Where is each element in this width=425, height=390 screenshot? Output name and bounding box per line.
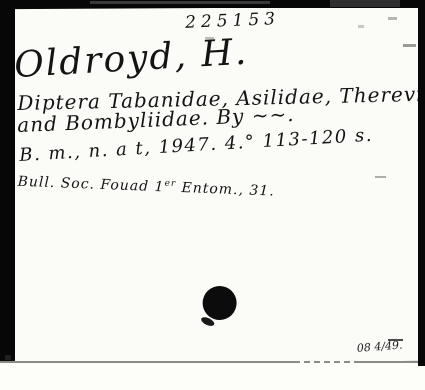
scan-noise — [205, 37, 214, 39]
scan-noise — [358, 25, 364, 28]
scan-noise — [403, 44, 416, 47]
journal-suffix: Entom., 31. — [176, 180, 275, 200]
scan-noise — [90, 1, 270, 4]
scan-background-bottom — [0, 363, 425, 390]
card-bottom-edge — [0, 361, 425, 363]
scan-noise — [375, 176, 386, 178]
author-name: Oldroyd, H. — [13, 32, 249, 86]
index-card: 225153 Oldroyd, H. Diptera Tabanidae, As… — [13, 7, 421, 363]
scan-noise — [330, 0, 400, 7]
scan-noise — [5, 355, 11, 360]
scan-noise — [388, 17, 397, 20]
journal-prefix: Bull. Soc. Fouad 1 — [17, 174, 164, 196]
scan-border-right — [418, 0, 425, 366]
accession-number: 225153 — [185, 9, 281, 33]
scanned-catalog-card-image: 225153 Oldroyd, H. Diptera Tabanidae, As… — [0, 0, 425, 390]
hole-punch-dot — [203, 286, 237, 320]
scan-border-left — [0, 0, 15, 360]
pen-stroke — [388, 339, 403, 341]
journal-superscript: er — [164, 179, 176, 189]
journal-reference: Bull. Soc. Fouad 1er Entom., 31. — [17, 173, 275, 200]
